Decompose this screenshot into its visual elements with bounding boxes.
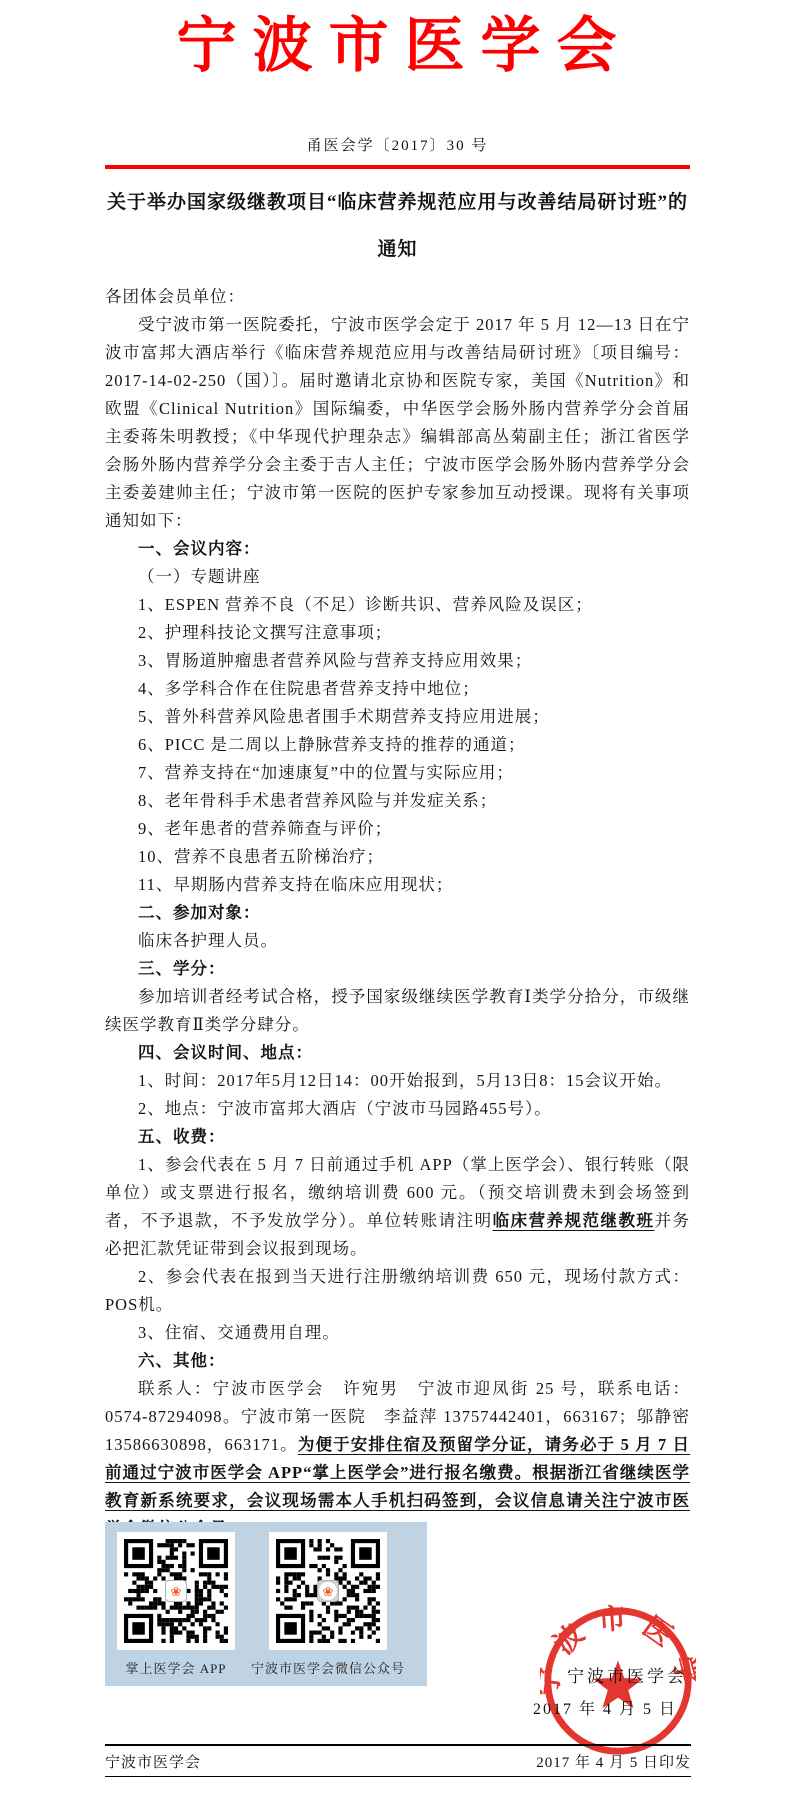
signature-org: 宁波市医学会 [567,1662,687,1687]
qr-code-wechat: ❀ [269,1532,387,1650]
audience-line: 临床各护理人员。 [105,927,690,955]
lecture-item: 2、护理科技论文撰写注意事项； [105,619,690,647]
section1-heading: 一、会议内容： [105,535,690,563]
lecture-item: 5、普外科营养风险患者围手术期营养支持应用进展； [105,703,690,731]
fee2-paragraph: 2、参会代表在报到当天进行注册缴纳培训费 650 元，现场付款方式：POS机。 [105,1263,690,1319]
qr-code-app: ❀ [117,1532,235,1650]
time-line: 1、时间：2017年5月12日14：00开始报到，5月13日8：15会议开始。 [105,1067,690,1095]
qr-panel: ❀ 掌上医学会 APP ❀ 宁波市医学会微信公众号 [105,1522,427,1686]
lecture-item: 1、ESPEN 营养不良（不足）诊断共识、营养风险及误区； [105,591,690,619]
section6-heading: 六、其他： [105,1347,690,1375]
lecture-item: 11、早期肠内营养支持在临床应用现状； [105,871,690,899]
contact-paragraph: 联系人：宁波市医学会 许宛男 宁波市迎凤街 25 号，联系电话：0574-872… [105,1375,690,1543]
lecture-item: 4、多学科合作在住院患者营养支持中地位； [105,675,690,703]
intro-paragraph: 受宁波市第一医院委托，宁波市医学会定于 2017 年 5 月 12—13 日在宁… [105,311,690,535]
fee1-highlight: 临床营养规范继教班 [493,1211,655,1230]
section5-heading: 五、收费： [105,1123,690,1151]
footer-bar: 宁波市医学会 2017 年 4 月 5 日印发 [105,1744,691,1777]
section4-heading: 四、会议时间、地点： [105,1039,690,1067]
lecture-item: 9、老年患者的营养筛查与评价； [105,815,690,843]
qr-label-app: 掌上医学会 APP [125,1658,226,1677]
notice-document-page: 宁波市医学会 甬医会学〔2017〕30 号 关于举办国家级继教项目“临床营养规范… [0,0,793,1793]
fee3-paragraph: 3、住宿、交通费用自理。 [105,1319,690,1347]
logo-inner-circle: ❀ [319,1582,337,1600]
org-title: 宁波市医学会 [0,0,793,82]
fee1-paragraph: 1、参会代表在 5 月 7 日前通过手机 APP（掌上医学会）、银行转账（限单位… [105,1151,690,1263]
notice-body: 各团体会员单位： 受宁波市第一医院委托，宁波市医学会定于 2017 年 5 月 … [105,283,690,1543]
lecture-item: 3、胃肠道肿瘤患者营养风险与营养支持应用效果； [105,647,690,675]
section3-heading: 三、学分： [105,955,690,983]
notice-title: 关于举办国家级继教项目“临床营养规范应用与改善结局研讨班”的 通知 [105,179,690,273]
lecture-item: 6、PICC 是二周以上静脉营养支持的推荐的通道； [105,731,690,759]
lecture-item: 10、营养不良患者五阶梯治疗； [105,843,690,871]
location-line: 2、地点：宁波市富邦大酒店（宁波市马园路455号）。 [105,1095,690,1123]
notice-title-line1: 关于举办国家级继教项目“临床营养规范应用与改善结局研讨班”的 [105,179,690,226]
red-divider-rule [105,165,690,169]
footer-issue-date: 2017 年 4 月 5 日印发 [536,1751,691,1772]
lecture-item: 7、营养支持在“加速康复”中的位置与实际应用； [105,759,690,787]
doc-number: 甬医会学〔2017〕30 号 [105,134,690,155]
salutation: 各团体会员单位： [105,283,690,311]
medical-association-logo-icon: ❀ [317,1580,339,1602]
document-content: 甬医会学〔2017〕30 号 关于举办国家级继教项目“临床营养规范应用与改善结局… [105,134,690,1543]
footer-org: 宁波市医学会 [105,1751,201,1772]
qr-block-app: ❀ 掌上医学会 APP [117,1532,235,1677]
medical-association-logo-icon: ❀ [165,1580,187,1602]
qr-block-wechat: ❀ 宁波市医学会微信公众号 [251,1532,405,1677]
qr-label-wechat: 宁波市医学会微信公众号 [251,1658,405,1677]
notice-title-line2: 通知 [105,226,690,273]
lecture-item: 8、老年骨科手术患者营养风险与并发症关系； [105,787,690,815]
section2-heading: 二、参加对象： [105,899,690,927]
signature-date: 2017 年 4 月 5 日 [533,1696,677,1719]
lecture-intro: （一）专题讲座 [105,563,690,591]
credits-paragraph: 参加培训者经考试合格，授予国家级继续医学教育Ⅰ类学分拾分，市级继续医学教育Ⅱ类学… [105,983,690,1039]
